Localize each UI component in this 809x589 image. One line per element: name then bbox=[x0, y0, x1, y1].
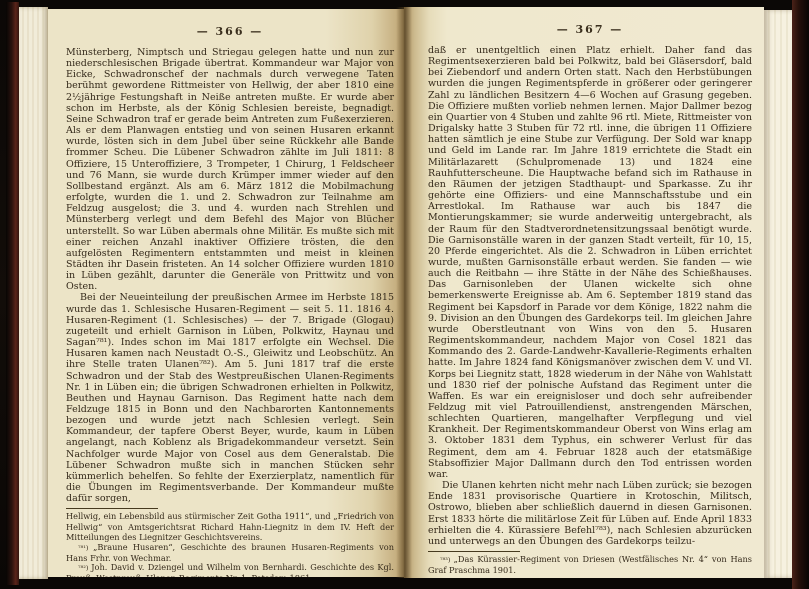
paragraph: Bei der Neueinteilung der preußischen Ar… bbox=[66, 292, 394, 504]
footnote-marker: ⁷⁸³) bbox=[440, 556, 454, 564]
footnote-separator bbox=[428, 551, 520, 552]
page-stack-edge-right bbox=[764, 10, 792, 578]
footnote: Hellwig, ein Lebensbild aus stürmischer … bbox=[66, 512, 394, 542]
footnote-marker: ⁷⁸¹) bbox=[78, 544, 93, 552]
page-number-left: — 366 — bbox=[66, 25, 394, 38]
page-number-right: — 367 — bbox=[428, 23, 752, 36]
footnote: ⁷⁸²) Joh. David v. Dziengel und Wilhelm … bbox=[66, 563, 394, 577]
paragraph: Die Ulanen kehrten nicht mehr nach Lüben… bbox=[428, 480, 752, 547]
page-right-body: daß er unentgeltlich einen Platz erhielt… bbox=[428, 45, 752, 547]
page-left-body: Münsterberg, Nimptsch und Striegau geleg… bbox=[66, 47, 394, 504]
footnote: ⁷⁸³) „Das Kürassier-Regiment von Driesen… bbox=[428, 555, 752, 576]
footnote-text: Hellwig, ein Lebensbild aus stürmischer … bbox=[66, 511, 394, 542]
page-stack-edge-left bbox=[19, 7, 48, 579]
paragraph: Münsterberg, Nimptsch und Striegau geleg… bbox=[66, 47, 394, 292]
footnote-text: Joh. David v. Dziengel und Wilhelm von B… bbox=[66, 562, 394, 577]
book-cover-edge-left bbox=[6, 2, 19, 585]
photo-background: — 366 — Münsterberg, Nimptsch und Strieg… bbox=[0, 0, 809, 589]
book-page-right: — 367 — daß er unentgeltlich einen Platz… bbox=[404, 7, 764, 578]
footnote-text: „Das Kürassier-Regiment von Driesen (Wes… bbox=[428, 554, 752, 575]
footnotes-left: Hellwig, ein Lebensbild aus stürmischer … bbox=[66, 504, 394, 577]
footnote-separator bbox=[66, 508, 158, 509]
paragraph: daß er unentgeltlich einen Platz erhielt… bbox=[428, 45, 752, 480]
footnotes-right: ⁷⁸³) „Das Kürassier-Regiment von Driesen… bbox=[428, 547, 752, 576]
book-cover-edge-right bbox=[792, 0, 809, 589]
footnote: ⁷⁸¹) „Braune Husaren“, Geschichte des br… bbox=[66, 543, 394, 564]
footnote-marker: ⁷⁸²) bbox=[78, 564, 91, 572]
book-page-left: — 366 — Münsterberg, Nimptsch und Strieg… bbox=[48, 9, 404, 577]
footnote-text: „Braune Husaren“, Geschichte des braunen… bbox=[66, 542, 394, 563]
